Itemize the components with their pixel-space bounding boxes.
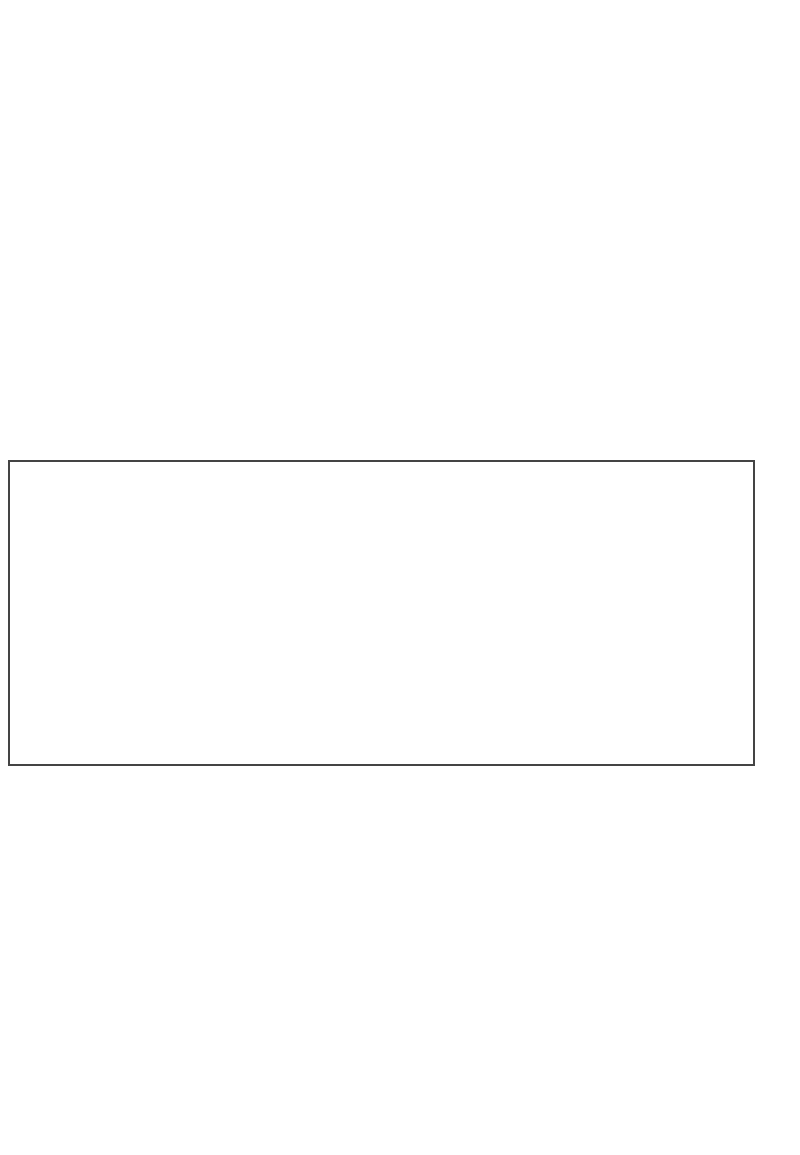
inner-bagua-box xyxy=(8,460,755,766)
